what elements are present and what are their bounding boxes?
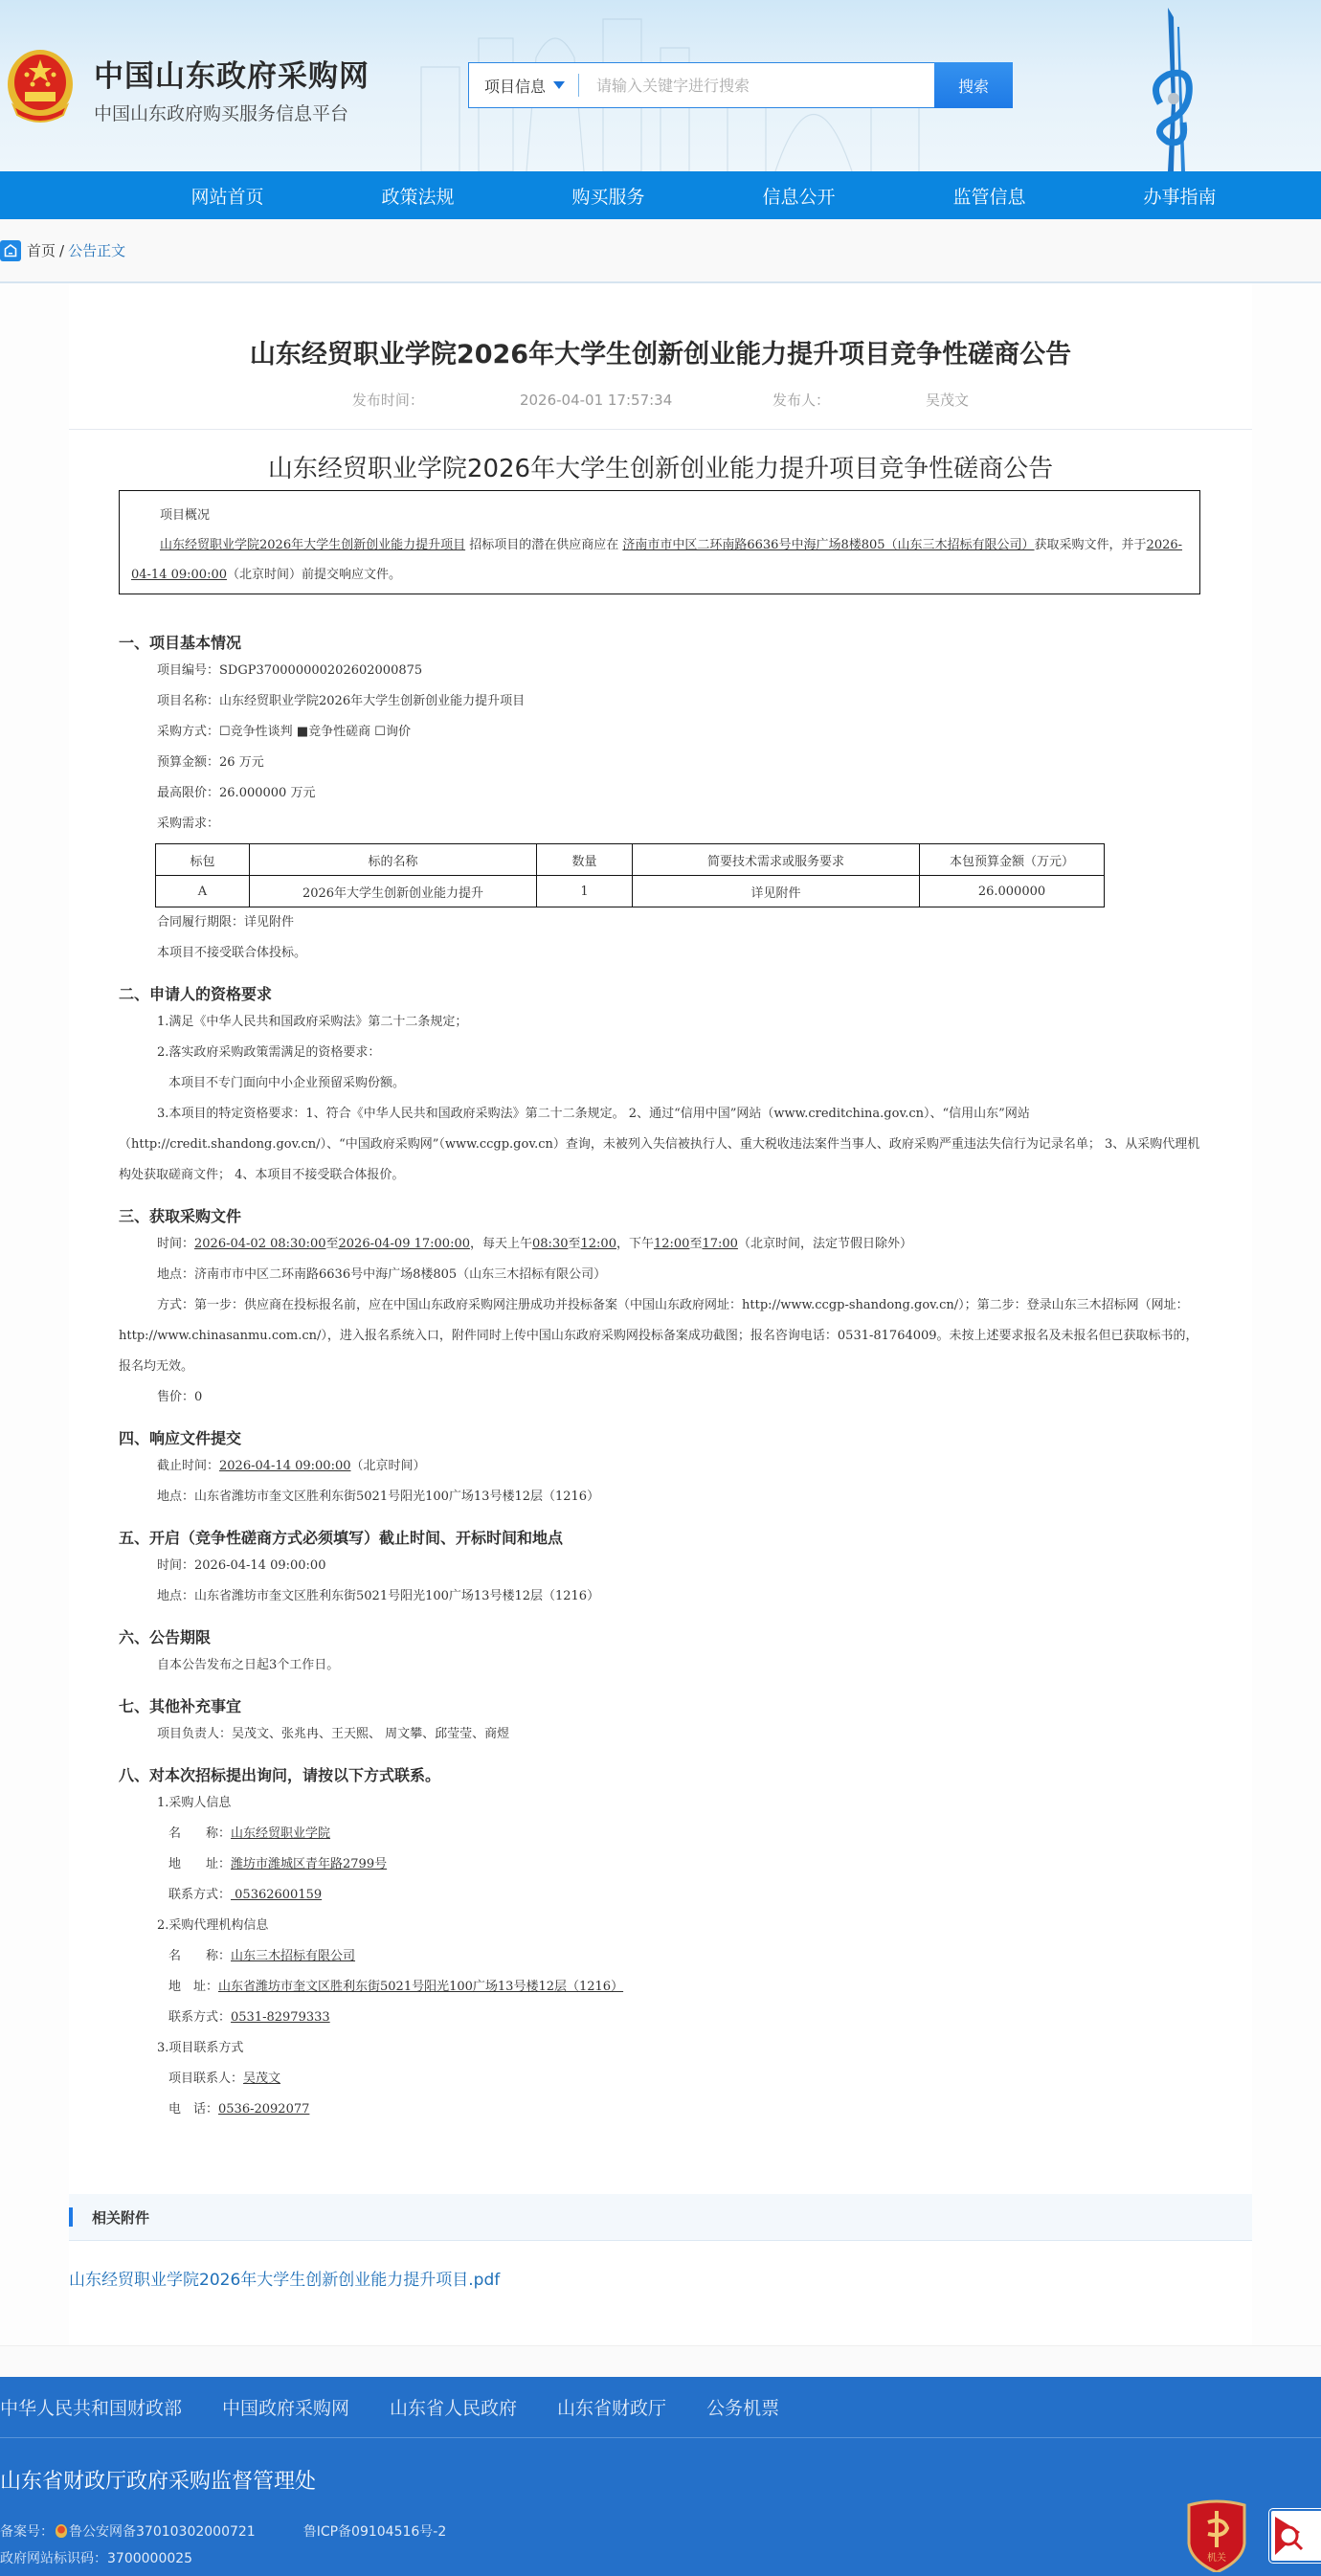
table-header: 数量	[537, 844, 633, 876]
table-cell: A	[156, 876, 250, 907]
nav-item-home[interactable]: 网站首页	[132, 183, 323, 209]
footer-link-mof[interactable]: 中华人民共和国财政部	[0, 2394, 182, 2420]
method-option-consultation: 竞争性磋商	[308, 725, 370, 739]
buyer-info-title: 1.采购人信息	[119, 1788, 1202, 1819]
section-7-heading: 七、其他补充事宜	[119, 1694, 1202, 1719]
submission-deadline-value: 2026-04-14 09:00:00	[219, 1459, 350, 1473]
table-row: A 2026年大学生创新创业能力提升 1 详见附件 26.000000	[156, 876, 1105, 907]
government-agency-badge-icon[interactable]: 机关	[1185, 2499, 1248, 2572]
agency-info-title: 2.采购代理机构信息	[119, 1911, 1202, 1941]
obtain-time-label: 时间：	[157, 1237, 194, 1251]
footer-link-ccgp[interactable]: 中国政府采购网	[222, 2394, 349, 2420]
procurement-method: 采购方式：☐竞争性谈判 ■竞争性磋商 ☐询价	[119, 717, 1202, 748]
agency-address-value: 山东省潍坊市奎文区胜利东街5021号阳光100广场13号楼12层（1216）	[218, 1980, 623, 1994]
table-cell: 26.000000	[920, 876, 1105, 907]
footer-link-shandong-finance[interactable]: 山东省财政厅	[557, 2394, 666, 2420]
table-header: 简要技术需求或服务要求	[633, 844, 920, 876]
submission-place: 地点：山东省潍坊市奎文区胜利东街5021号阳光100广场13号楼12层（1216…	[119, 1482, 1202, 1512]
procurement-demand-table: 标包 标的名称 数量 简要技术需求或服务要求 本包预算金额（万元） A 2026…	[155, 843, 1105, 907]
table-header-row: 标包 标的名称 数量 简要技术需求或服务要求 本包预算金额（万元）	[156, 844, 1105, 876]
icp-record-link[interactable]: 鲁ICP备09104516号-2	[303, 2521, 447, 2541]
quancheng-sculpture-decoration	[1139, 8, 1206, 171]
buyer-contact-label: 联系方式：	[168, 1888, 231, 1902]
search-type-label: 项目信息	[484, 75, 546, 97]
breadcrumb-home-link[interactable]: 首页	[27, 240, 56, 260]
search-input[interactable]	[579, 63, 934, 107]
project-name: 项目名称：山东经贸职业学院2026年大学生创新创业能力提升项目	[119, 686, 1202, 717]
publish-time-label: 发布时间：	[352, 392, 424, 409]
magnifier-icon	[1271, 2511, 1321, 2561]
content-area: 山东经贸职业学院2026年大学生创新创业能力提升项目竞争性磋商公告 发布时间：2…	[0, 283, 1321, 2345]
qualification-1: 1.满足《中华人民共和国政府采购法》第二十二条规定；	[119, 1007, 1202, 1038]
table-cell: 详见附件	[633, 876, 920, 907]
nav-item-policy[interactable]: 政策法规	[323, 183, 513, 209]
breadcrumb-current: 公告正文	[68, 240, 125, 260]
footer-record: 备案号： 鲁公安网备37010302000721 鲁ICP备09104516号-…	[0, 2521, 1321, 2541]
announcement-title: 山东经贸职业学院2026年大学生创新创业能力提升项目竞争性磋商公告	[119, 449, 1202, 484]
project-number: 项目编号：SDGP370000000202602000875	[119, 656, 1202, 686]
footer-link-flight-tickets[interactable]: 公务机票	[706, 2394, 779, 2420]
agency-address: 地 址：山东省潍坊市奎文区胜利东街5021号阳光100广场13号楼12层（121…	[119, 1972, 1202, 2003]
obtain-place: 地点：济南市市中区二环南路6636号中海广场8楼805（山东三木招标有限公司）	[119, 1260, 1202, 1290]
svg-text:机关: 机关	[1207, 2551, 1226, 2564]
daily-text: （北京时间，法定节假日除外）	[738, 1237, 912, 1251]
overview-text-2: 获取采购文件，并于	[1035, 538, 1147, 552]
error-report-badge[interactable]	[1269, 2509, 1321, 2563]
max-price-value: 26.000000 万元	[219, 786, 315, 800]
budget: 预算金额：26 万元	[119, 748, 1202, 778]
table-header: 标包	[156, 844, 250, 876]
section-5-heading: 五、开启（竞争性磋商方式必须填写）截止时间、开标时间和地点	[119, 1526, 1202, 1551]
agency-name: 名 称：山东三木招标有限公司	[119, 1941, 1202, 1972]
table-cell: 2026年大学生创新创业能力提升	[250, 876, 537, 907]
checkbox-unchecked-icon: ☐	[219, 725, 231, 739]
attachments-header: 相关附件	[69, 2194, 1252, 2241]
agency-contact-label: 联系方式：	[168, 2010, 231, 2025]
buyer-name-label: 名 称：	[168, 1826, 231, 1841]
submission-deadline-suffix: （北京时间）	[351, 1459, 426, 1473]
buyer-name-value: 山东经贸职业学院	[231, 1826, 330, 1841]
police-badge-icon	[56, 2524, 67, 2538]
table-header: 本包预算金额（万元）	[920, 844, 1105, 876]
attachment-link[interactable]: 山东经贸职业学院2026年大学生创新创业能力提升项目.pdf	[69, 2241, 1252, 2345]
buyer-address-value: 潍坊市潍城区青年路2799号	[231, 1857, 387, 1871]
project-name-value: 山东经贸职业学院2026年大学生创新创业能力提升项目	[219, 694, 525, 708]
caret-down-icon	[553, 81, 565, 89]
breadcrumb: 首页 / 公告正文	[0, 219, 1321, 283]
buyer-address: 地 址：潍坊市潍城区青年路2799号	[119, 1849, 1202, 1880]
site-footer: 中华人民共和国财政部 中国政府采购网 山东省人民政府 山东省财政厅 公务机票 山…	[0, 2377, 1321, 2576]
nav-item-guide[interactable]: 办事指南	[1085, 183, 1275, 209]
obtain-time-end: 2026-04-09 17:00:00	[339, 1237, 470, 1251]
nav-item-supervision[interactable]: 监管信息	[894, 183, 1085, 209]
publish-time: 发布时间：2026-04-01 17:57:34	[352, 392, 672, 409]
procurement-method-label: 采购方式：	[157, 725, 219, 739]
qualification-3: 3.本项目的特定资格要求：1、符合《中华人民共和国政府采购法》第二十二条规定。 …	[119, 1099, 1202, 1191]
method-option-negotiation: 竞争性谈判	[231, 725, 293, 739]
daily-text: ，每天上午	[470, 1237, 532, 1251]
section-2-heading: 二、申请人的资格要求	[119, 982, 1202, 1007]
submission-deadline: 截止时间：2026-04-14 09:00:00（北京时间）	[119, 1451, 1202, 1482]
search-button[interactable]: 搜索	[934, 62, 1013, 108]
project-overview-box: 项目概况 山东经贸职业学院2026年大学生创新创业能力提升项目 招标项目的潜在供…	[119, 490, 1200, 594]
search-type-dropdown[interactable]: 项目信息	[469, 63, 578, 107]
agency-contact-value: 0531-82979333	[231, 2010, 330, 2025]
section-6-heading: 六、公告期限	[119, 1625, 1202, 1650]
section-1-heading: 一、项目基本情况	[119, 631, 1202, 656]
budget-label: 预算金额：	[157, 755, 219, 770]
project-number-value: SDGP370000000202602000875	[219, 663, 422, 678]
max-price: 最高限价：26.000000 万元	[119, 778, 1202, 809]
buyer-contact-value: 05362600159	[231, 1888, 322, 1902]
consortium-note: 本项目不接受联合体投标。	[119, 938, 1202, 969]
to-text: 至	[326, 1237, 339, 1251]
breadcrumb-separator: /	[59, 242, 64, 259]
record-label: 备案号：	[0, 2521, 54, 2541]
pm-end: 17:00	[702, 1237, 737, 1251]
buyer-contact: 联系方式： 05362600159	[119, 1880, 1202, 1911]
daily-text: ，下午	[616, 1237, 654, 1251]
agency-name-label: 名 称：	[168, 1949, 231, 1963]
to-text: 至	[568, 1237, 580, 1251]
publisher: 发布人：吴茂文	[772, 392, 969, 409]
project-contact-phone-value: 0536-2092077	[218, 2102, 309, 2117]
demand-label: 采购需求：	[119, 809, 1202, 840]
method-option-inquiry: 询价	[386, 725, 411, 739]
footer-organization: 山东省财政厅政府采购监督管理处	[0, 2465, 1321, 2495]
main-nav: 网站首页 政策法规 购买服务 信息公开 监管信息 办事指南	[0, 171, 1321, 219]
budget-value: 26 万元	[219, 755, 264, 770]
qualification-2-detail: 本项目不专门面向中小企业预留采购份额。	[119, 1068, 1202, 1099]
project-contact-person: 项目联系人：吴茂文	[119, 2064, 1202, 2094]
table-header: 标的名称	[250, 844, 537, 876]
overview-text-3: （北京时间）前提交响应文件。	[227, 568, 401, 582]
project-contact-phone: 电 话：0536-2092077	[119, 2094, 1202, 2125]
agency-address-label: 地 址：	[168, 1980, 218, 1994]
article-title: 山东经贸职业学院2026年大学生创新创业能力提升项目竞争性磋商公告	[69, 283, 1252, 370]
buyer-address-label: 地 址：	[168, 1857, 231, 1871]
to-text: 至	[689, 1237, 702, 1251]
national-emblem-logo	[6, 48, 75, 124]
obtain-time: 时间：2026-04-02 08:30:00至2026-04-09 17:00:…	[119, 1229, 1202, 1260]
qualification-2: 2.落实政府采购政策需满足的资格要求：	[119, 1038, 1202, 1068]
nav-item-purchase-service[interactable]: 购买服务	[513, 183, 704, 209]
am-end: 12:00	[581, 1237, 616, 1251]
gongan-record-link[interactable]: 鲁公安网备37010302000721	[69, 2521, 256, 2541]
contract-period: 合同履行期限：详见附件	[119, 907, 1202, 938]
project-contact-person-label: 项目联系人：	[168, 2072, 243, 2086]
announcement-body: 山东经贸职业学院2026年大学生创新创业能力提升项目竞争性磋商公告 项目概况 山…	[69, 449, 1252, 2125]
site-subtitle: 中国山东政府购买服务信息平台	[94, 100, 348, 125]
project-contact-person-value: 吴茂文	[243, 2072, 280, 2086]
section-8-heading: 八、对本次招标提出询问，请按以下方式联系。	[119, 1763, 1202, 1788]
overview-project-name: 山东经贸职业学院2026年大学生创新创业能力提升项目	[160, 538, 465, 552]
site-identifier: 政府网站标识码：3700000025	[0, 2548, 1321, 2567]
article-meta: 发布时间：2026-04-01 17:57:34 发布人：吴茂文	[69, 390, 1252, 430]
agency-name-value: 山东三木招标有限公司	[231, 1949, 355, 1963]
project-contact-title: 3.项目联系方式	[119, 2033, 1202, 2064]
home-icon[interactable]	[0, 240, 21, 261]
announcement-period: 自本公告发布之日起3个工作日。	[119, 1650, 1202, 1681]
max-price-label: 最高限价：	[157, 786, 219, 800]
checkbox-checked-icon: ■	[297, 725, 308, 739]
section-4-heading: 四、响应文件提交	[119, 1426, 1202, 1451]
accent-bar	[69, 2207, 73, 2227]
project-contact-phone-label: 电 话：	[168, 2102, 218, 2117]
agency-contact: 联系方式：0531-82979333	[119, 2003, 1202, 2033]
buyer-name: 名 称：山东经贸职业学院	[119, 1819, 1202, 1849]
obtain-method: 方式：第一步：供应商在投标报名前，应在中国山东政府采购网注册成功并投标备案（中国…	[119, 1290, 1202, 1382]
pm-start: 12:00	[654, 1237, 689, 1251]
footer-link-shandong-gov[interactable]: 山东省人民政府	[390, 2394, 517, 2420]
opening-time: 时间：2026-04-14 09:00:00	[119, 1551, 1202, 1581]
overview-text-1: 招标项目的潜在供应商应在	[465, 538, 622, 552]
search-bar: 项目信息 搜索	[468, 62, 1013, 108]
overview-text: 山东经贸职业学院2026年大学生创新创业能力提升项目 招标项目的潜在供应商应在 …	[131, 530, 1188, 590]
publisher-value: 吴茂文	[926, 392, 969, 409]
submission-deadline-label: 截止时间：	[157, 1459, 219, 1473]
project-leaders: 项目负责人：吴茂文、张兆冉、王天熙、 周文攀、邱莹莹、商煜	[119, 1719, 1202, 1750]
publisher-label: 发布人：	[772, 392, 830, 409]
footer-links: 中华人民共和国财政部 中国政府采购网 山东省人民政府 山东省财政厅 公务机票	[0, 2377, 1321, 2438]
table-cell: 1	[537, 876, 633, 907]
overview-location: 济南市市中区二环南路6636号中海广场8楼805（山东三木招标有限公司）	[622, 538, 1034, 552]
footer-spacer	[0, 2345, 1321, 2377]
document-price: 售价：0	[119, 1382, 1202, 1413]
nav-item-info-disclosure[interactable]: 信息公开	[704, 183, 894, 209]
project-name-label: 项目名称：	[157, 694, 219, 708]
site-header: 中国山东政府采购网 中国山东政府购买服务信息平台 项目信息 搜索	[0, 0, 1321, 171]
publish-time-value: 2026-04-01 17:57:34	[520, 392, 672, 409]
site-title: 中国山东政府采购网	[94, 52, 369, 95]
section-3-heading: 三、获取采购文件	[119, 1204, 1202, 1229]
checkbox-unchecked-icon: ☐	[374, 725, 386, 739]
project-number-label: 项目编号：	[157, 663, 219, 678]
attachments-heading: 相关附件	[92, 2207, 149, 2228]
obtain-time-start: 2026-04-02 08:30:00	[194, 1237, 325, 1251]
overview-heading: 项目概况	[131, 501, 1188, 530]
article: 山东经贸职业学院2026年大学生创新创业能力提升项目竞争性磋商公告 发布时间：2…	[69, 283, 1252, 2345]
am-start: 08:30	[532, 1237, 568, 1251]
opening-place: 地点：山东省潍坊市奎文区胜利东街5021号阳光100广场13号楼12层（1216…	[119, 1581, 1202, 1612]
